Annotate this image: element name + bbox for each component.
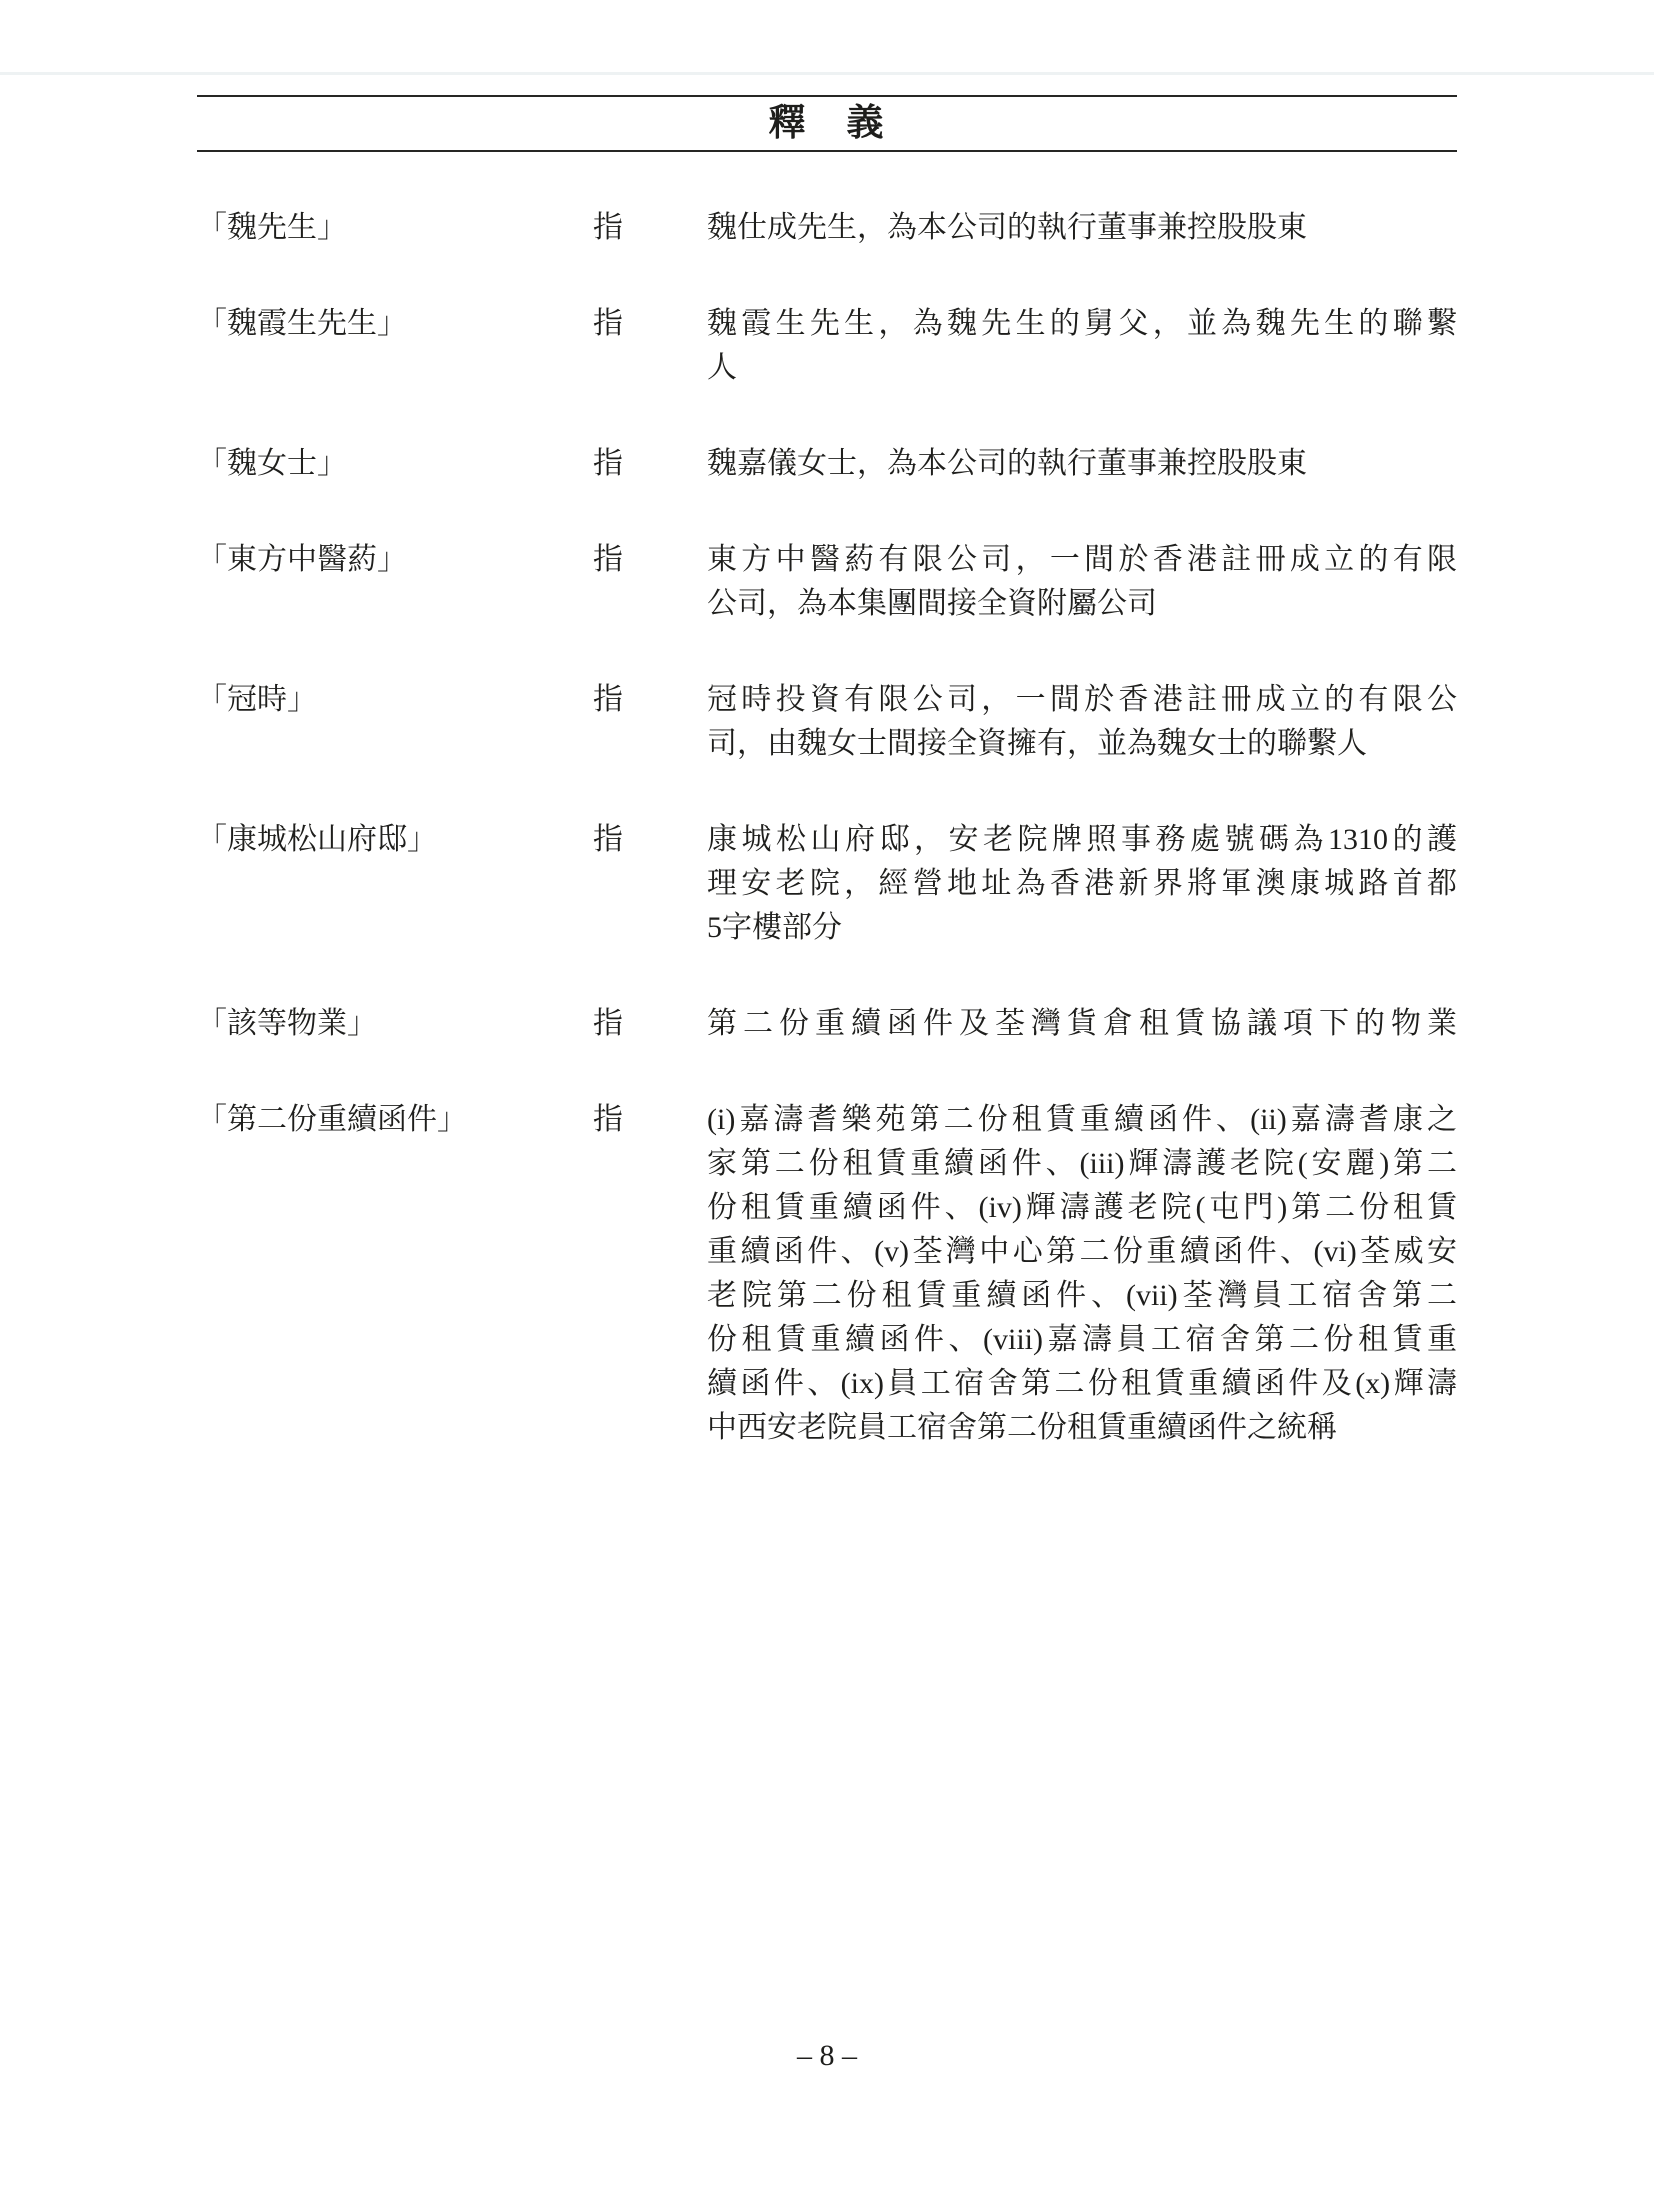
definition-text: 魏嘉儀女士，為本公司的執行董事兼控股股東 xyxy=(707,442,1457,486)
defined-term: 「冠時」 xyxy=(197,678,593,766)
definition-text: 康城松山府邸，安老院牌照事務處號碼為1310的護理安老院，經營地址為香港新界將軍… xyxy=(707,818,1457,950)
definition-line: 魏仕成先生，為本公司的執行董事兼控股股東 xyxy=(707,206,1457,250)
definition-entry: 「魏女士」 指 魏嘉儀女士，為本公司的執行董事兼控股股東 xyxy=(197,442,1457,486)
definition-line: 人 xyxy=(707,346,1457,390)
definition-entry: 「魏先生」 指 魏仕成先生，為本公司的執行董事兼控股股東 xyxy=(197,206,1457,250)
defined-term: 「魏霞生先生」 xyxy=(197,302,593,390)
definition-line: 5字樓部分 xyxy=(707,906,1457,950)
definition-line: 康城松山府邸，安老院牌照事務處號碼為1310的護 xyxy=(707,818,1457,862)
definition-line: 司，由魏女士間接全資擁有，並為魏女士的聯繫人 xyxy=(707,722,1457,766)
definition-line: 冠時投資有限公司，一間於香港註冊成立的有限公 xyxy=(707,678,1457,722)
connector-label: 指 xyxy=(593,442,707,486)
page-footer: – 8 – xyxy=(197,2036,1457,2076)
definition-text: 東方中醫葯有限公司，一間於香港註冊成立的有限公司，為本集團間接全資附屬公司 xyxy=(707,538,1457,626)
definition-text: 魏仕成先生，為本公司的執行董事兼控股股東 xyxy=(707,206,1457,250)
definition-line: 東方中醫葯有限公司，一間於香港註冊成立的有限 xyxy=(707,538,1457,582)
page-header: 釋 義 xyxy=(197,95,1457,152)
page-number: – 8 – xyxy=(797,2039,857,2072)
definition-line: 份租賃重續函件、(iv)輝濤護老院(屯門)第二份租賃 xyxy=(707,1186,1457,1230)
scan-artifact-line xyxy=(0,72,1654,75)
connector-label: 指 xyxy=(593,818,707,950)
connector-label: 指 xyxy=(593,1098,707,1450)
definition-line: 公司，為本集團間接全資附屬公司 xyxy=(707,582,1457,626)
definition-entry: 「冠時」 指 冠時投資有限公司，一間於香港註冊成立的有限公司，由魏女士間接全資擁… xyxy=(197,678,1457,766)
defined-term: 「東方中醫葯」 xyxy=(197,538,593,626)
connector-label: 指 xyxy=(593,1002,707,1046)
definitions-list: 「魏先生」 指 魏仕成先生，為本公司的執行董事兼控股股東 「魏霞生先生」 指 魏… xyxy=(197,206,1457,1502)
definition-text: 魏霞生先生，為魏先生的舅父，並為魏先生的聯繫人 xyxy=(707,302,1457,390)
definition-text: 第二份重續函件及荃灣貨倉租賃協議項下的物業 xyxy=(707,1002,1457,1046)
definition-text: (i)嘉濤耆樂苑第二份租賃重續函件、(ii)嘉濤耆康之家第二份租賃重續函件、(i… xyxy=(707,1098,1457,1450)
defined-term: 「魏女士」 xyxy=(197,442,593,486)
connector-label: 指 xyxy=(593,538,707,626)
definition-entry: 「康城松山府邸」 指 康城松山府邸，安老院牌照事務處號碼為1310的護理安老院，… xyxy=(197,818,1457,950)
connector-label: 指 xyxy=(593,206,707,250)
definition-line: (i)嘉濤耆樂苑第二份租賃重續函件、(ii)嘉濤耆康之 xyxy=(707,1098,1457,1142)
defined-term: 「康城松山府邸」 xyxy=(197,818,593,950)
document-page: 釋 義 「魏先生」 指 魏仕成先生，為本公司的執行董事兼控股股東 「魏霞生先生」… xyxy=(0,0,1654,2205)
page-title: 釋 義 xyxy=(197,97,1457,150)
definition-line: 中西安老院員工宿舍第二份租賃重續函件之統稱 xyxy=(707,1406,1457,1450)
defined-term: 「該等物業」 xyxy=(197,1002,593,1046)
definition-line: 魏嘉儀女士，為本公司的執行董事兼控股股東 xyxy=(707,442,1457,486)
header-bottom-rule xyxy=(197,150,1457,152)
definition-line: 份租賃重續函件、(viii)嘉濤員工宿舍第二份租賃重 xyxy=(707,1318,1457,1362)
definition-line: 魏霞生先生，為魏先生的舅父，並為魏先生的聯繫 xyxy=(707,302,1457,346)
definition-entry: 「魏霞生先生」 指 魏霞生先生，為魏先生的舅父，並為魏先生的聯繫人 xyxy=(197,302,1457,390)
connector-label: 指 xyxy=(593,302,707,390)
defined-term: 「第二份重續函件」 xyxy=(197,1098,593,1450)
definition-text: 冠時投資有限公司，一間於香港註冊成立的有限公司，由魏女士間接全資擁有，並為魏女士… xyxy=(707,678,1457,766)
definition-entry: 「東方中醫葯」 指 東方中醫葯有限公司，一間於香港註冊成立的有限公司，為本集團間… xyxy=(197,538,1457,626)
definition-entry: 「該等物業」 指 第二份重續函件及荃灣貨倉租賃協議項下的物業 xyxy=(197,1002,1457,1046)
defined-term: 「魏先生」 xyxy=(197,206,593,250)
definition-line: 重續函件、(v)荃灣中心第二份重續函件、(vi)荃威安 xyxy=(707,1230,1457,1274)
definition-line: 理安老院，經營地址為香港新界將軍澳康城路首都 xyxy=(707,862,1457,906)
definition-line: 家第二份租賃重續函件、(iii)輝濤護老院(安麗)第二 xyxy=(707,1142,1457,1186)
definition-entry: 「第二份重續函件」 指 (i)嘉濤耆樂苑第二份租賃重續函件、(ii)嘉濤耆康之家… xyxy=(197,1098,1457,1450)
connector-label: 指 xyxy=(593,678,707,766)
definition-line: 第二份重續函件及荃灣貨倉租賃協議項下的物業 xyxy=(707,1002,1457,1046)
definition-line: 老院第二份租賃重續函件、(vii)荃灣員工宿舍第二 xyxy=(707,1274,1457,1318)
definition-line: 續函件、(ix)員工宿舍第二份租賃重續函件及(x)輝濤 xyxy=(707,1362,1457,1406)
